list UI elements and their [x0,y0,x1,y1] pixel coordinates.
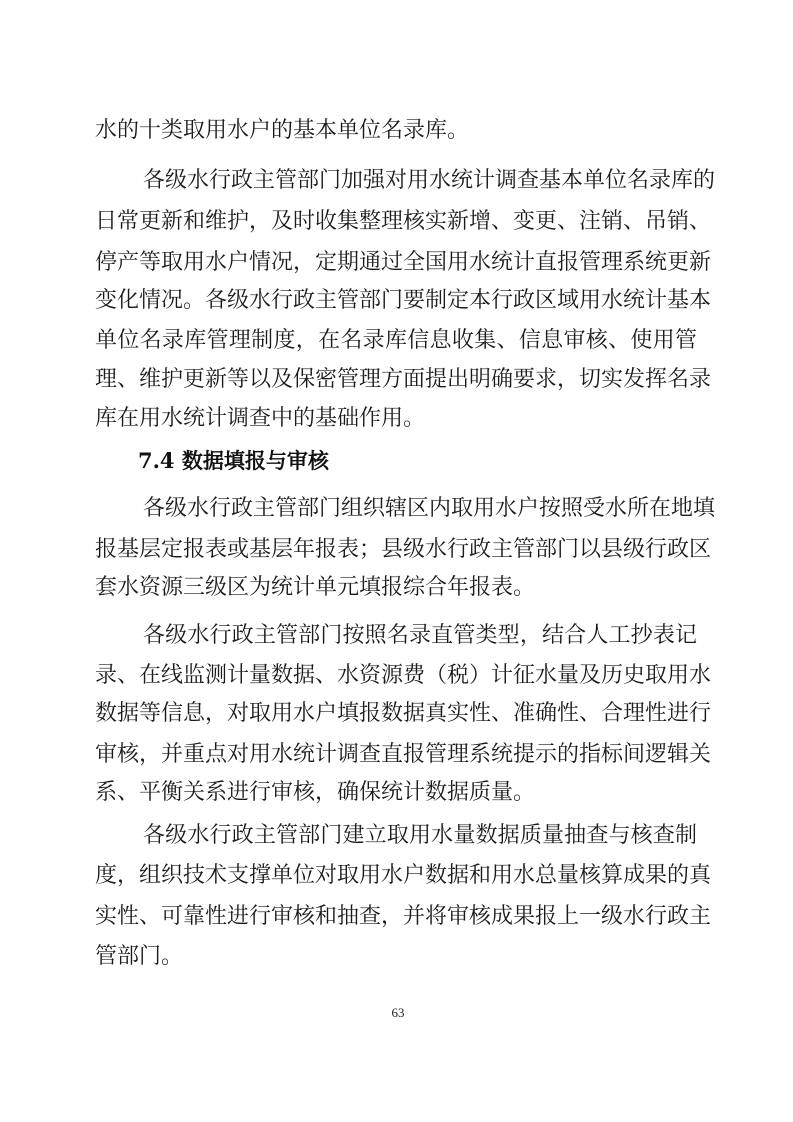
paragraph-line: 各级水行政主管部门建立取用水量数据质量抽查与核查制 [143,821,697,851]
paragraph-line: 录、在线监测计量数据、水资源费（税）计征水量及历史取用水 [95,661,697,691]
paragraph-line: 各级水行政主管部门按照名录直管类型，结合人工抄表记 [143,621,697,651]
section-heading: 7.4 数据填报与审核 [138,446,329,476]
paragraph-line: 各级水行政主管部门组织辖区内取用水户按照受水所在地填 [143,494,697,524]
paragraph-line: 日常更新和维护，及时收集整理核实新增、变更、注销、吊销、 [95,207,697,237]
paragraph-line: 数据等信息，对取用水户填报数据真实性、准确性、合理性进行 [95,699,697,729]
paragraph-line: 停产等取用水户情况，定期通过全国用水统计直报管理系统更新 [95,248,697,278]
paragraph-line: 审核，并重点对用水统计调查直报管理系统提示的指标间逻辑关 [95,740,697,770]
paragraph-line: 套水资源三级区为统计单元填报综合年报表。 [95,573,535,603]
paragraph-line: 单位名录库管理制度，在名录库信息收集、信息审核、使用管 [95,326,697,356]
paragraph-line: 实性、可靠性进行审核和抽查，并将审核成果报上一级水行政主 [95,902,697,932]
document-page: 水的十类取用水户的基本单位名录库。 各级水行政主管部门加强对用水统计调查基本单位… [0,0,793,1122]
paragraph-line: 管部门。 [95,942,183,972]
paragraph-line: 库在用水统计调查中的基础作用。 [95,404,425,434]
paragraph-line: 度，组织技术支撑单位对取用水户数据和用水总量核算成果的真 [95,861,697,891]
paragraph-line: 报基层定报表或基层年报表；县级水行政主管部门以县级行政区 [95,535,697,565]
paragraph-line: 水的十类取用水户的基本单位名录库。 [95,116,469,146]
paragraph-line: 理、维护更新等以及保密管理方面提出明确要求，切实发挥名录 [95,365,697,395]
paragraph-line: 变化情况。各级水行政主管部门要制定本行政区域用水统计基本 [95,286,697,316]
paragraph-line: 各级水行政主管部门加强对用水统计调查基本单位名录库的 [143,166,697,196]
page-number: 63 [388,1005,408,1021]
paragraph-line: 系、平衡关系进行审核，确保统计数据质量。 [95,778,535,808]
